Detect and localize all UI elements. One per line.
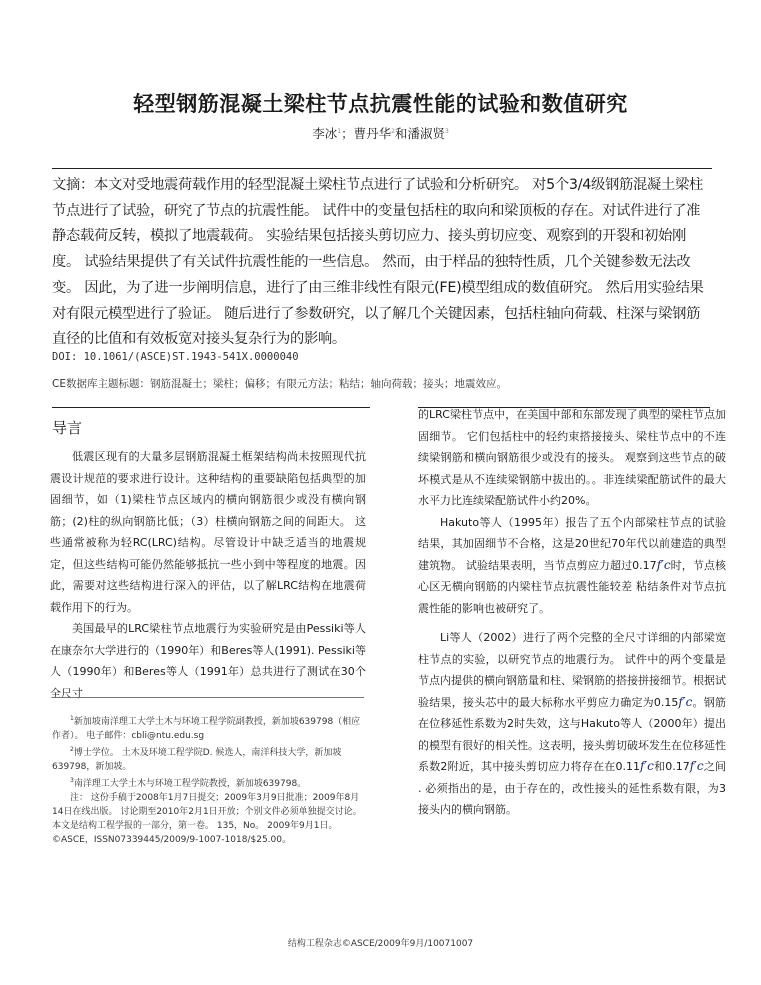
top-rule <box>52 168 712 169</box>
section-heading-introduction: 导言 <box>52 417 82 438</box>
paragraph: Li等人（2002）进行了两个完整的全尺寸详细的内部梁宽柱节点的实验，以研究节点… <box>418 627 726 821</box>
footnote-text: 新加坡南洋理工大学土木与环境工程学院副教授，新加坡639798（相应作者）。 电… <box>52 717 360 741</box>
fc-symbol-icon: f′c <box>657 558 671 572</box>
author-sep: 和 <box>395 126 408 141</box>
paragraph: Hakuto等人（1995年）报告了五个内部梁柱节点的试验结果，其加固细节不合格… <box>418 512 726 620</box>
footnote-text: 南洋理工大学土木与环境工程学院教授，新加坡639798。 <box>74 779 306 789</box>
right-column-body: 的LRC梁柱节点中，在美国中部和东部发现了典型的梁柱节点加固细节。 它们包括柱中… <box>418 404 726 821</box>
left-column-rule <box>52 407 370 408</box>
page-footer: 结构工程杂志©ASCE/2009年9月/10071007 <box>0 936 761 949</box>
fc-symbol-icon: f′c <box>690 759 704 773</box>
paragraph: 低震区现有的大量多层钢筋混凝土框架结构尚未按照现代抗震设计规范的要求进行设计。这… <box>50 446 366 618</box>
paper-title: 轻型钢筋混凝土梁柱节点抗震性能的试验和数值研究 <box>0 88 761 118</box>
author-affil-mark: 3 <box>445 128 449 135</box>
author-name: 李冰 <box>312 126 337 141</box>
author-name: 曹丹华 <box>354 126 392 141</box>
paragraph: 的LRC梁柱节点中，在美国中部和东部发现了典型的梁柱节点加固细节。 它们包括柱中… <box>418 404 726 512</box>
paragraph: 美国最早的LRC梁柱节点地震行为实验研究是由Pessiki等人在康奈尔大学进行的… <box>50 618 366 704</box>
footnote-rule <box>52 697 364 698</box>
fc-symbol-icon: f′c <box>678 695 692 709</box>
author-list: 李冰1；曹丹华2和潘淑贤3 <box>0 124 761 142</box>
left-column-body: 低震区现有的大量多层钢筋混凝土框架结构尚未按照现代抗震设计规范的要求进行设计。这… <box>50 446 366 704</box>
author-sep: ； <box>341 126 354 141</box>
footnote-text: 博士学位。 土木及环境工程学院D. 候选人，南洋科技大学，新加坡639798，新… <box>52 748 341 772</box>
fc-symbol-icon: f′c <box>640 759 654 773</box>
author-name: 潘淑贤 <box>407 126 445 141</box>
abstract: 文摘：本文对受地震荷载作用的轻型混凝土梁柱节点进行了试验和分析研究。 对5个3/… <box>52 173 712 353</box>
footnote-text: 注： 这份手稿于2008年1月7日提交；2009年3月9日批准；2009年8月1… <box>52 793 362 845</box>
doi: DOI: 10.1061/(ASCE)ST.1943-541X.0000040 <box>52 351 299 363</box>
footnotes: 1新加坡南洋理工大学土木与环境工程学院副教授，新加坡639798（相应作者）。 … <box>52 712 364 847</box>
keywords: CE数据库主题标题：钢筋混凝土；梁柱；偏移；有限元方法；粘结；轴向荷载；接头；地… <box>52 376 507 391</box>
text-run: 和0.17 <box>654 760 690 773</box>
